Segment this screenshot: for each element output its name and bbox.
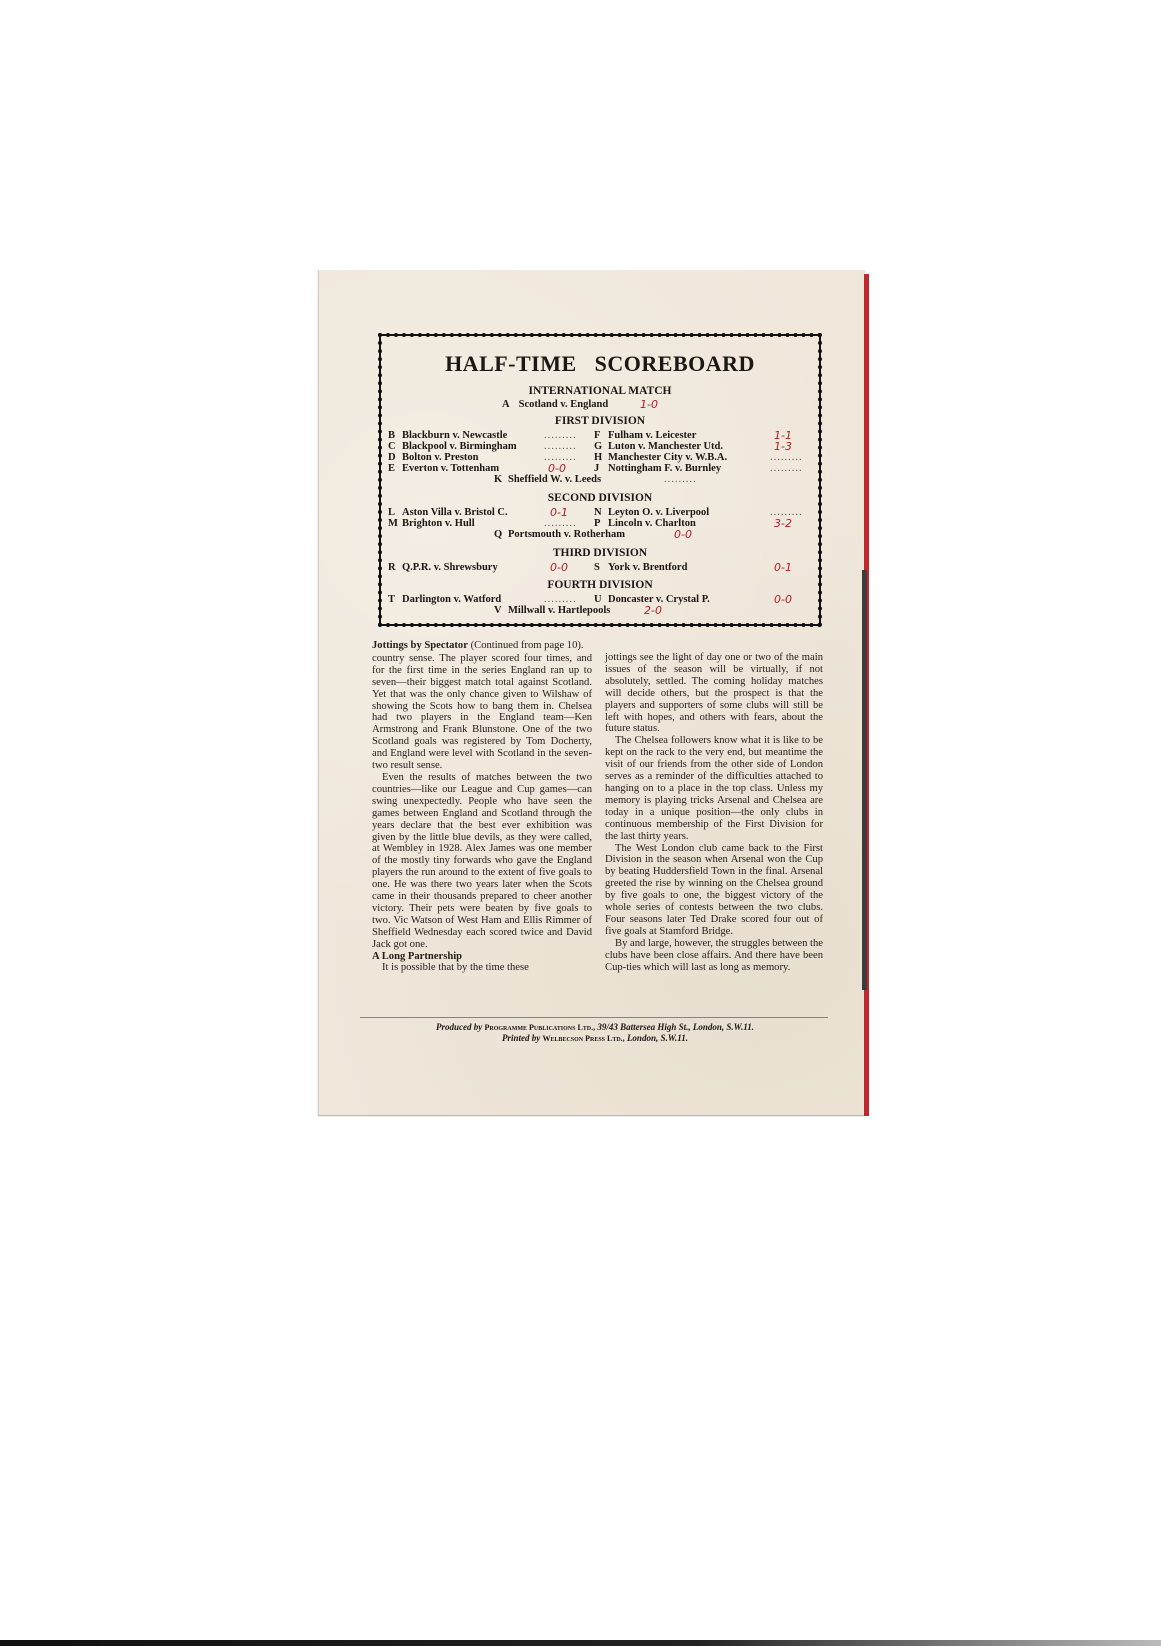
subheading: A Long Partnership xyxy=(372,951,592,963)
handwritten-score: 0-1 xyxy=(774,561,792,574)
scan-edge xyxy=(0,1640,1161,1646)
score-blank: ......... xyxy=(544,441,577,452)
match-row: GLuton v. Manchester Utd. xyxy=(594,441,723,452)
heading-fourth-division: FOURTH DIVISION xyxy=(382,579,818,591)
match-row: JNottingham F. v. Burnley xyxy=(594,463,721,474)
match-row: KSheffield W. v. Leeds xyxy=(494,474,601,485)
match-row: FFulham v. Leicester xyxy=(594,430,696,441)
scoreboard-title: HALF-TIME SCOREBOARD xyxy=(382,351,818,377)
heading-international: INTERNATIONAL MATCH xyxy=(382,385,818,397)
match-row: HManchester City v. W.B.A. xyxy=(594,452,727,463)
handwritten-score: 2-0 xyxy=(644,604,662,617)
match-row: CBlackpool v. Birmingham xyxy=(388,441,517,452)
score-blank: ......... xyxy=(770,452,803,463)
match-row: BBlackburn v. Newcastle xyxy=(388,430,507,441)
handwritten-score: 0-0 xyxy=(774,593,792,606)
match-row: MBrighton v. Hull xyxy=(388,518,475,529)
match-row: VMillwall v. Hartlepools xyxy=(494,605,610,616)
match-row: LAston Villa v. Bristol C. xyxy=(388,507,508,518)
heading-first-division: FIRST DIVISION xyxy=(382,415,818,427)
match-row: TDarlington v. Watford xyxy=(388,594,501,605)
score-blank: ......... xyxy=(664,474,697,485)
handwritten-score: 1-0 xyxy=(640,398,658,411)
spine-shadow xyxy=(862,570,867,990)
handwritten-score: 0-0 xyxy=(674,528,692,541)
match-row: SYork v. Brentford xyxy=(594,562,687,573)
match-row: EEverton v. Tottenham xyxy=(388,463,499,474)
article-lead: Jottings by Spectator (Continued from pa… xyxy=(372,640,832,652)
score-blank: ......... xyxy=(544,430,577,441)
match-row: QPortsmouth v. Rotherham xyxy=(494,529,625,540)
match-row: DBolton v. Preston xyxy=(388,452,479,463)
match-row: NLeyton O. v. Liverpool xyxy=(594,507,709,518)
heading-second-division: SECOND DIVISION xyxy=(382,492,818,504)
match-row: A Scotland v. England xyxy=(502,399,608,410)
score-blank: ......... xyxy=(544,518,577,529)
heading-third-division: THIRD DIVISION xyxy=(382,547,818,559)
article-column-2: jottings see the light of day one or two… xyxy=(605,652,823,973)
imprint-footer: Produced by Programme Publications Ltd.,… xyxy=(340,1022,850,1044)
handwritten-score: 3-2 xyxy=(774,517,792,530)
score-blank: ......... xyxy=(770,463,803,474)
handwritten-score: 0-0 xyxy=(550,561,568,574)
footer-divider xyxy=(360,1017,828,1018)
half-time-scoreboard: HALF-TIME SCOREBOARD INTERNATIONAL MATCH… xyxy=(378,333,822,627)
article-column-1: Jottings by Spectator (Continued from pa… xyxy=(372,640,592,974)
match-row: RQ.P.R. v. Shrewsbury xyxy=(388,562,498,573)
score-blank: ......... xyxy=(544,594,577,605)
